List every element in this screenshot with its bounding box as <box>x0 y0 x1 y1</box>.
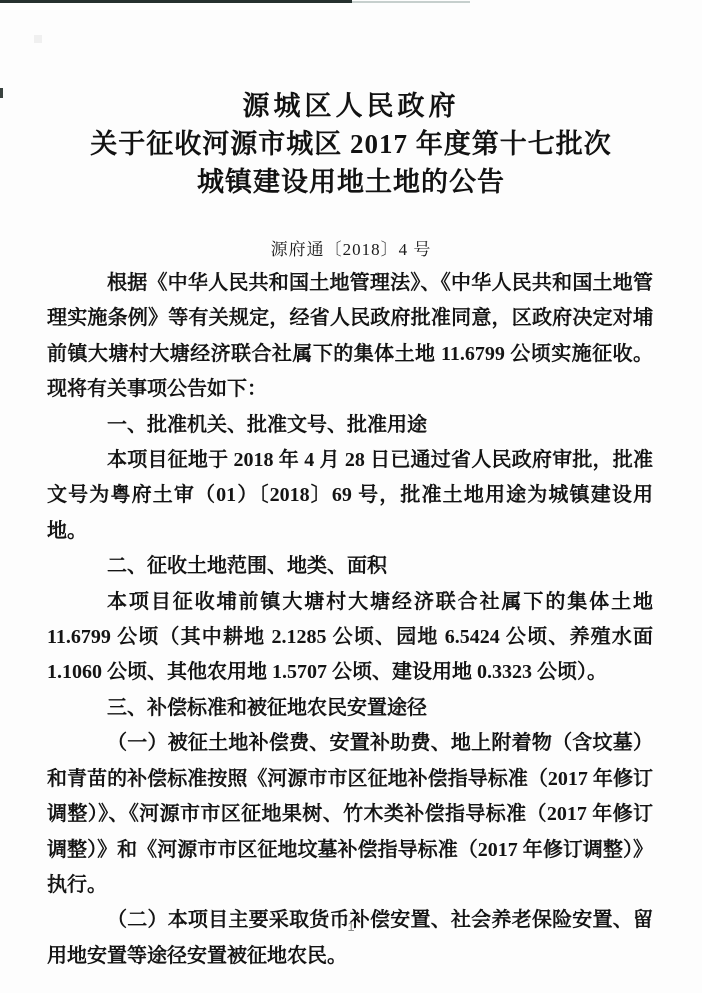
scan-edge-artifact-top-tail <box>352 1 470 3</box>
scan-smudge <box>34 35 42 43</box>
section-3-item-2: （二）本项目主要采取货币补偿安置、社会养老保险安置、留用地安置等途径安置被征地农… <box>47 903 653 974</box>
document-number: 源府通〔2018〕4 号 <box>0 235 702 260</box>
paragraph-intro: 根据《中华人民共和国土地管理法》、《中华人民共和国土地管理实施条例》等有关规定，… <box>47 266 653 408</box>
section-1-body: 本项目征地于 2018 年 4 月 28 日已通过省人民政府审批，批准文号为粤府… <box>47 443 653 549</box>
document-body: 根据《中华人民共和国土地管理法》、《中华人民共和国土地管理实施条例》等有关规定，… <box>47 266 653 974</box>
section-2-heading: 二、征收土地范围、地类、面积 <box>47 549 653 584</box>
section-2-body: 本项目征收埔前镇大塘村大塘经济联合社属下的集体土地 11.6799 公顷（其中耕… <box>47 585 653 691</box>
page-number: 1 <box>0 919 702 934</box>
section-3-heading: 三、补偿标准和被征地农民安置途径 <box>47 691 653 726</box>
title-line-issuer: 源城区人民政府 <box>0 87 702 125</box>
section-3-item-1: （一）被征土地补偿费、安置补助费、地上附着物（含坟墓）和青苗的补偿标准按照《河源… <box>47 726 653 903</box>
scan-edge-artifact-top <box>0 0 352 3</box>
section-1-heading: 一、批准机关、批准文号、批准用途 <box>47 408 653 443</box>
scanned-notice-page: 源城区人民政府 关于征收河源市城区 2017 年度第十七批次 城镇建设用地土地的… <box>0 0 702 993</box>
title-line-subject-1: 关于征收河源市城区 2017 年度第十七批次 <box>0 125 702 163</box>
document-title: 源城区人民政府 关于征收河源市城区 2017 年度第十七批次 城镇建设用地土地的… <box>0 87 702 201</box>
title-line-subject-2: 城镇建设用地土地的公告 <box>0 163 702 201</box>
